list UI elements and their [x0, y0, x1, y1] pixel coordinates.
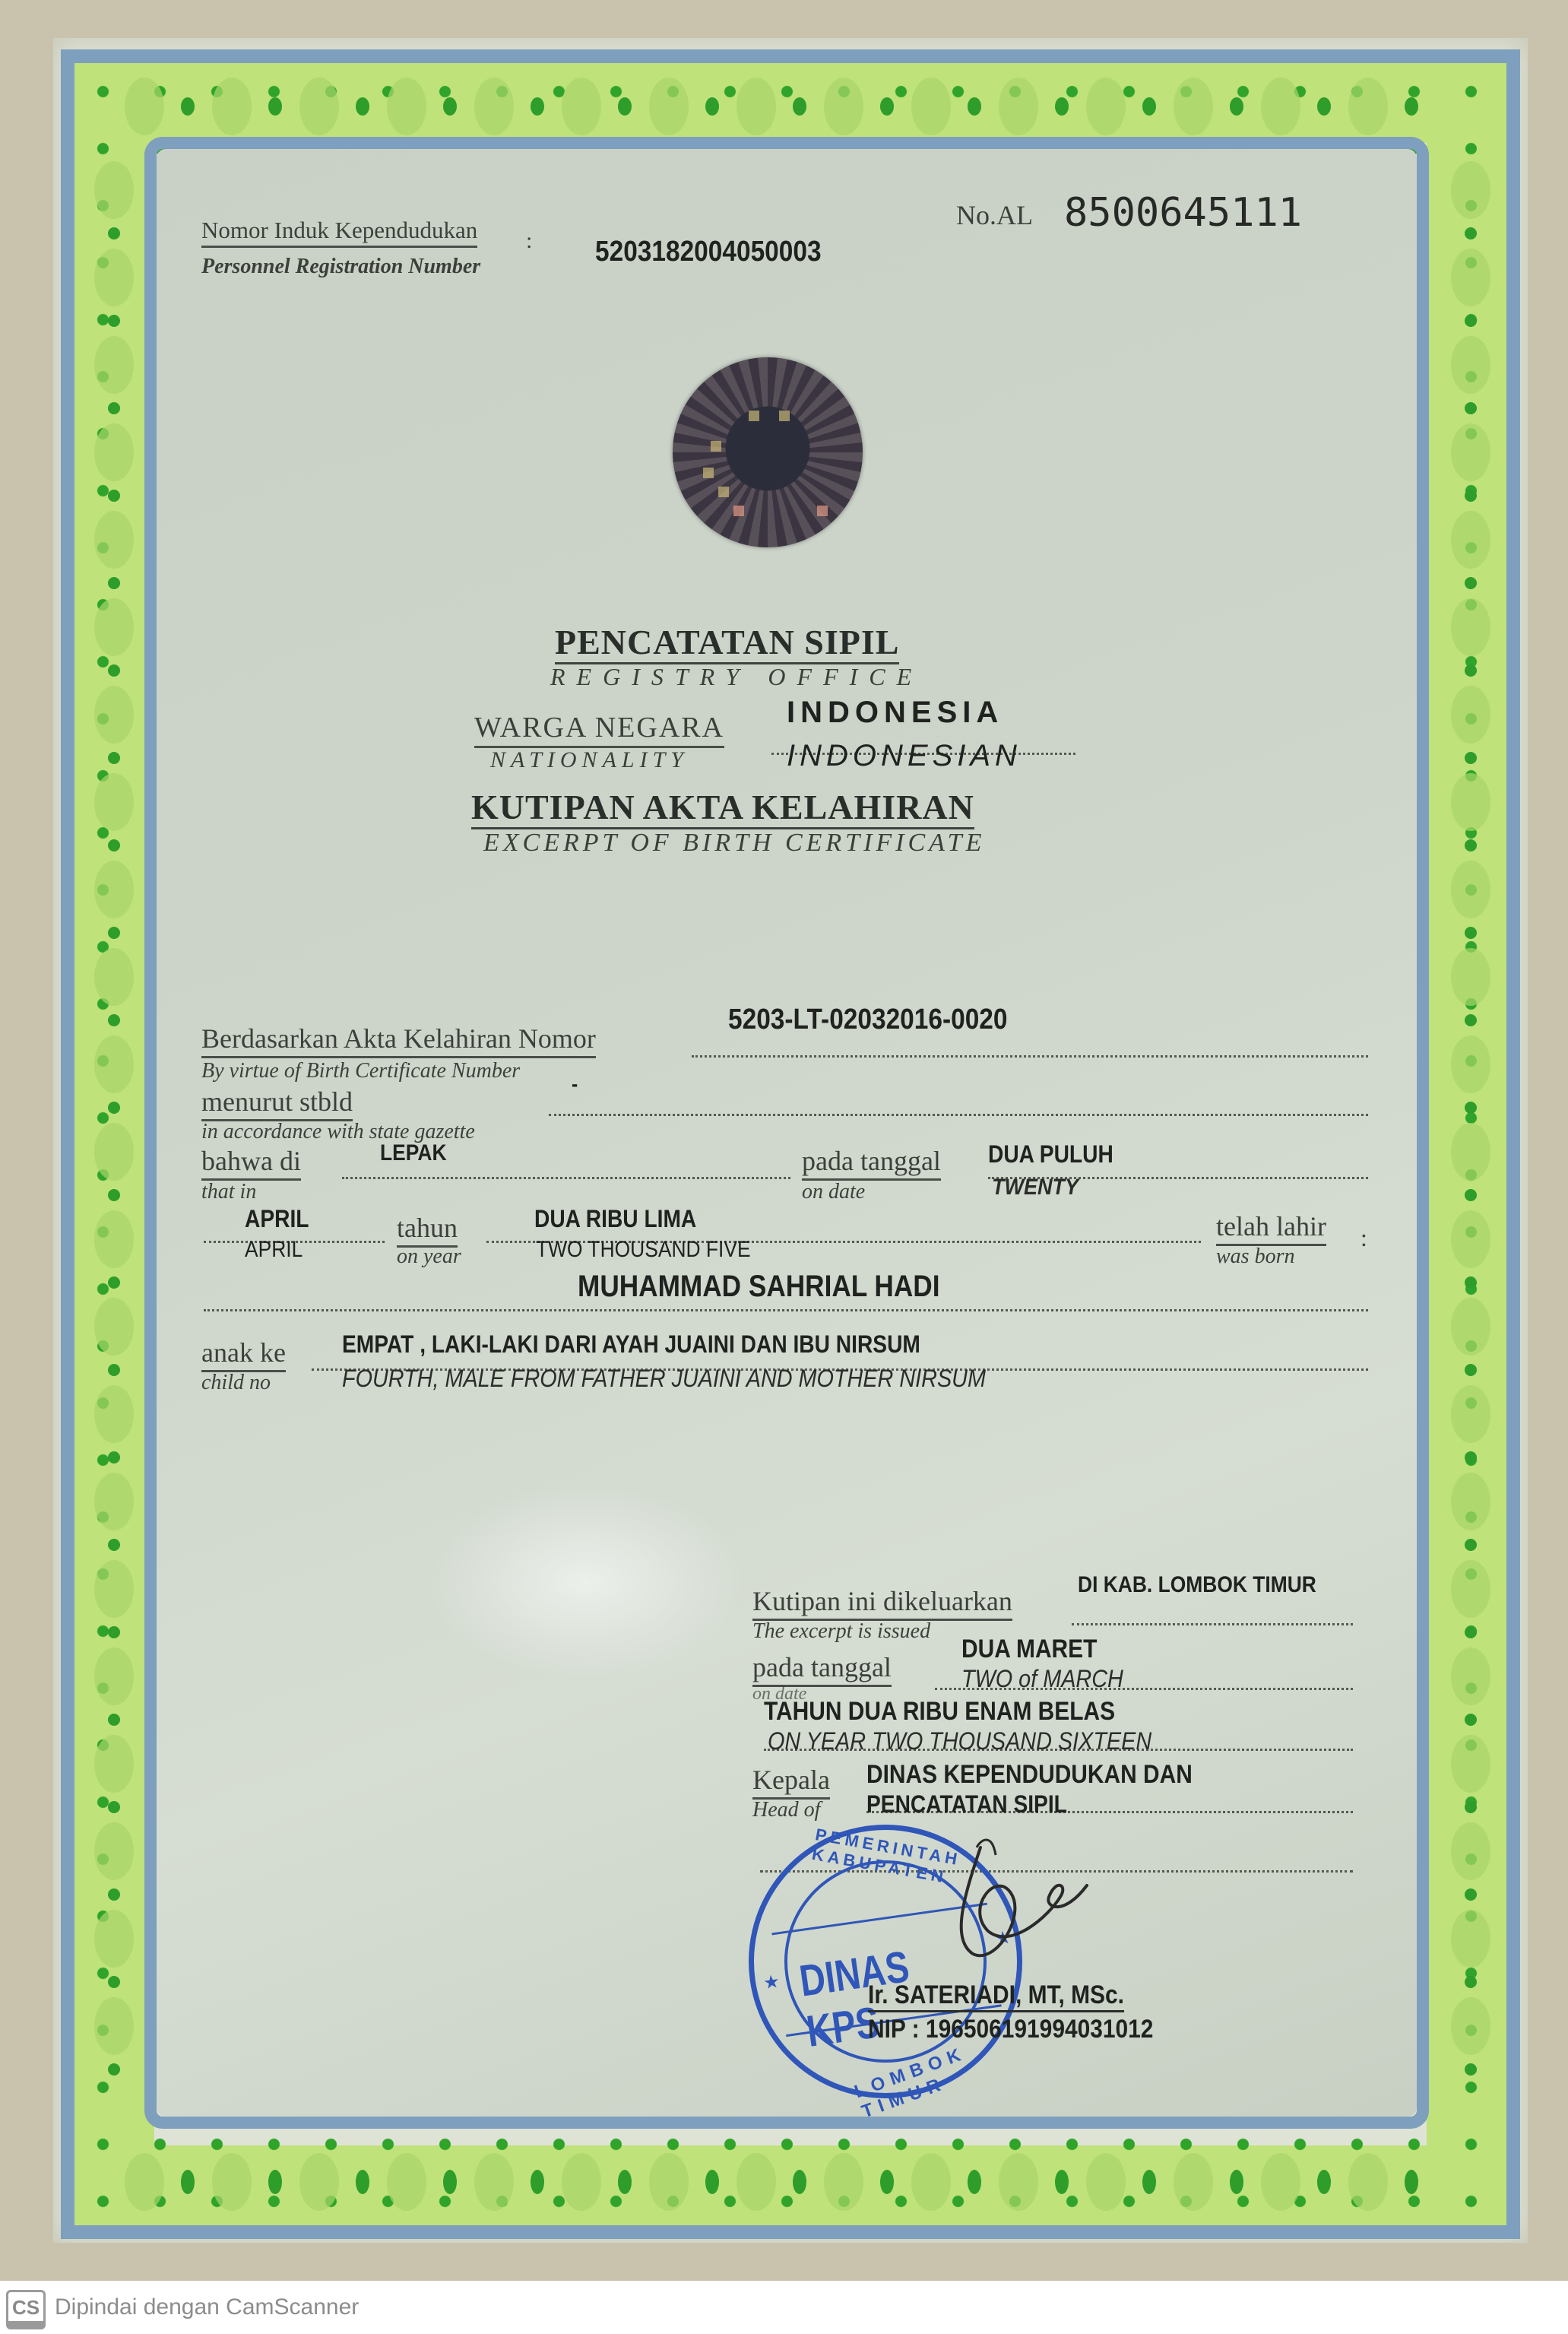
official-name: Ir. SATERIADI, MT, MSc. [868, 1980, 1124, 2012]
issued-year: TAHUN DUA RIBU ENAM BELAS [764, 1697, 1115, 1727]
place-label-en: that in [201, 1180, 256, 1204]
stbld-label: menurut stbld [201, 1086, 353, 1121]
camscanner-caption: Dipindai dengan CamScanner [55, 2294, 359, 2320]
document-title-en: EXCERPT OF BIRTH CERTIFICATE [483, 829, 985, 858]
cert-number-label-en: By virtue of Birth Certificate Number [201, 1059, 520, 1083]
cert-number-value: 5203-LT-02032016-0020 [728, 1004, 1008, 1036]
year-label: tahun [397, 1212, 458, 1248]
issued-label-en: The excerpt is issued [752, 1619, 930, 1644]
head-label-en: Head of [752, 1798, 820, 1822]
place-value: LEPAK [380, 1140, 447, 1166]
year-value-en: TWO THOUSAND FIVE [536, 1237, 751, 1263]
nik-label: Nomor Induk Kependudukan [201, 217, 477, 248]
place-dotline [342, 1177, 790, 1179]
born-label: telah lahir [1216, 1210, 1326, 1246]
head-label: Kepala [752, 1764, 830, 1800]
born-label-en: was born [1216, 1245, 1294, 1269]
head-office-line1: DINAS KEPENDUDUKAN DAN [866, 1760, 1193, 1790]
year-value: DUA RIBU LIMA [534, 1205, 696, 1233]
registry-office-title: PENCATATAN SIPIL [555, 622, 899, 664]
issued-label: Kutipan ini dikeluarkan [752, 1585, 1012, 1621]
registry-office-title-en: REGISTRY OFFICE [550, 663, 923, 691]
scanner-footer: CS Dipindai dengan CamScanner [0, 2281, 1568, 2334]
issued-date: DUA MARET [961, 1635, 1097, 1664]
camscanner-logo-icon: CS [6, 2290, 46, 2329]
month-value-en: APRIL [245, 1237, 303, 1263]
issued-date-en: TWO of MARCH [961, 1665, 1123, 1693]
document-title: KUTIPAN AKTA KELAHIRAN [471, 787, 974, 829]
garuda-hologram-seal [673, 357, 863, 547]
issued-place-dotline [1072, 1623, 1353, 1625]
nik-label-en: Personnel Registration Number [201, 255, 480, 279]
place-label: bahwa di [201, 1145, 301, 1181]
nationality-label-en: NATIONALITY [490, 747, 689, 773]
serial-prefix: No.AL [956, 199, 1033, 231]
nik-colon: : [526, 228, 532, 254]
stbld-value: - [572, 1072, 578, 1096]
issued-place: DI KAB. LOMBOK TIMUR [1078, 1572, 1316, 1598]
date-value-en: TWENTY [992, 1175, 1079, 1200]
head-office-line2: PENCATATAN SIPIL [866, 1790, 1067, 1819]
child-no-value-en: FOURTH, MALE FROM FATHER JUAINI AND MOTH… [342, 1365, 986, 1393]
nationality-value-en: INDONESIAN [787, 739, 1022, 773]
date-label-en: on date [802, 1180, 865, 1204]
nationality-label: WARGA NEGARA [474, 711, 724, 748]
serial-number: 8500645111 [1064, 190, 1302, 236]
child-name: MUHAMMAD SAHRIAL HADI [578, 1270, 939, 1304]
cert-number-dotline [692, 1055, 1368, 1058]
date-value: DUA PULUH [988, 1140, 1113, 1169]
official-nip: NIP : 196506191994031012 [868, 2015, 1153, 2044]
date-label: pada tanggal [802, 1145, 941, 1181]
child-name-dotline [204, 1309, 1368, 1311]
month-value: APRIL [245, 1205, 309, 1233]
child-no-label-en: child no [201, 1371, 271, 1395]
stamp-star-icon: ★ [762, 1971, 781, 1995]
born-colon: : [1361, 1224, 1367, 1252]
year-label-en: on year [397, 1245, 461, 1269]
issued-date-label: pada tanggal [752, 1651, 892, 1687]
child-no-label: anak ke [201, 1337, 286, 1372]
signature-mark [935, 1825, 1102, 1977]
stbld-dotline [549, 1114, 1368, 1116]
issued-year-en: ON YEAR TWO THOUSAND SIXTEEN [768, 1727, 1151, 1755]
nationality-value: INDONESIA [787, 696, 1003, 730]
child-no-value: EMPAT , LAKI-LAKI DARI AYAH JUAINI DAN I… [342, 1330, 920, 1359]
nik-value: 5203182004050003 [595, 236, 822, 268]
cert-number-label: Berdasarkan Akta Kelahiran Nomor [201, 1023, 596, 1058]
